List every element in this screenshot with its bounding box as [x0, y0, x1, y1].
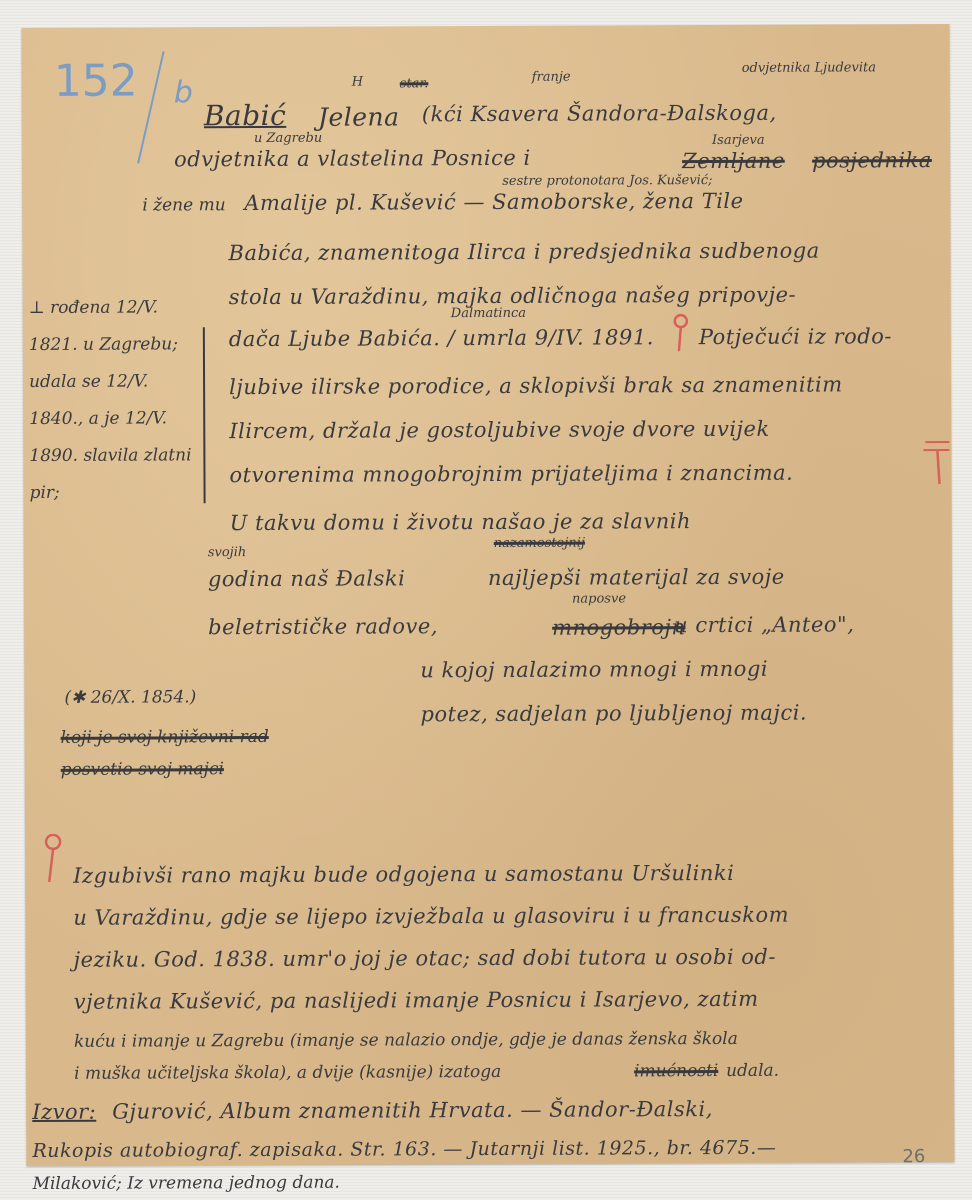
source-line: Gjurović, Album znamenitih Hrvata. — Šan… [112, 1097, 713, 1124]
header-line-6: dača Ljube Babića. / umrla 9/IV. 1891. [229, 325, 654, 351]
header-line-10: U takvu domu i životu našao je za slavni… [230, 509, 691, 535]
header-line-13: u kojoj nalazimo mnogi i mnogi [420, 657, 768, 683]
page-number: 26 [902, 1146, 925, 1167]
margin-line: 1890. slavila zlatni [29, 437, 191, 475]
body-line: jeziku. God. 1838. umr'o joj je otac; sa… [74, 945, 776, 972]
body-struck-word: imućnosti [634, 1061, 718, 1081]
red-insertion-mark-icon [671, 313, 691, 353]
surname-text: Babić [204, 99, 286, 132]
header-line-2: odvjetnika a vlastelina Posnice i [174, 146, 531, 172]
margin-line: 1821. u Zagrebu; [29, 326, 191, 364]
insert-dalmatinca: Dalmatinca [451, 306, 526, 321]
margin-divider [203, 327, 206, 503]
struck-word: Zemljane [682, 149, 785, 173]
header-line-12-cont: u crtici „Anteo", [674, 612, 854, 637]
body-line: vjetnika Kušević, pa naslijedi imanje Po… [74, 987, 759, 1014]
header-line-6-cont: Potječući iz rodo- [699, 324, 892, 349]
margin-line: pir; [29, 474, 191, 512]
header-line-12: beletrističke radove, [208, 614, 438, 639]
entry-given-name: Jelena [318, 102, 400, 131]
header-line-3: Amalije pl. Kušević — Samoborske, žena T… [244, 189, 743, 215]
body-line: Izgubivši rano majku bude odgojena u sam… [73, 861, 734, 888]
margin-note: ⊥ rođena 12/V. 1821. u Zagrebu; udala se… [29, 289, 192, 512]
header-line-11: godina naš Đalski [208, 566, 405, 591]
header-line-1: (kći Ksavera Šandora-Đalskoga, [422, 101, 777, 127]
source-line: Milaković; Iz vremena jednog dana. [33, 1173, 340, 1194]
margin-line: ⊥ rođena 12/V. [29, 289, 191, 327]
archival-card: 152 b H star. franje odvjetnika Ljudevit… [22, 24, 955, 1166]
red-paragraph-mark-icon [43, 834, 63, 884]
source-line: Rukopis autobiograf. zapisaka. Str. 163.… [32, 1137, 776, 1162]
insert-svojih: svojih [208, 545, 246, 560]
aside-struck-2: posvetio svoj majci [61, 759, 224, 780]
margin-line: udala se 12/V. [29, 363, 191, 401]
aside-struck-1: koji je svoj književni rad [61, 727, 269, 748]
struck-insert: nazamostojnij [494, 536, 585, 551]
insert-zagreba: u Zagrebu [254, 131, 322, 146]
line-3-prefix: i žene mu [142, 195, 225, 215]
struck-word-2: posjednika [812, 148, 932, 173]
catalog-slash-icon [132, 47, 173, 167]
insert-naposve: naposve [572, 591, 626, 606]
header-line-11-cont: najljepši materijal za svoje [488, 565, 785, 590]
insert-isarjeva: Isarjeva [712, 133, 765, 148]
catalog-number: 152 [54, 56, 138, 107]
red-t-mark-icon [923, 436, 951, 486]
margin-line: 1840., a je 12/V. [29, 400, 191, 438]
body-line: u Varaždinu, gdje se lijepo izvježbala u… [73, 903, 789, 930]
body-line-end: udala. [726, 1061, 779, 1081]
body-line: i muška učiteljska škola), a dvije (kasn… [74, 1062, 501, 1084]
insert-top-right: odvjetnika Ljudevita [742, 60, 876, 76]
header-line-9: otvorenima mnogobrojnim prijateljima i z… [229, 461, 793, 487]
struck-word-3: mnogobrojn [552, 615, 685, 640]
insert-sestre: sestre protonotara Jos. Kušević; [502, 173, 712, 189]
header-line-14: potez, sadjelan po ljubljenoj majci. [420, 701, 807, 727]
header-line-7: ljubive ilirske porodice, a sklopivši br… [229, 372, 843, 399]
struck-note: star. [400, 76, 429, 91]
entry-surname: Babić [204, 99, 286, 132]
body-line: kuću i imanje u Zagrebu (imanje se nalaz… [74, 1029, 738, 1052]
header-line-8: Ilircem, držala je gostoljubive svoje dv… [229, 417, 770, 443]
aside-date: (✱ 26/X. 1854.) [64, 687, 196, 708]
catalog-suffix: b [174, 75, 193, 110]
insert-franje: franje [532, 70, 571, 85]
above-given-name: H [352, 75, 363, 90]
header-line-4: Babića, znamenitoga Ilirca i predsjednik… [228, 239, 819, 266]
sources-label: Izvor: [32, 1100, 96, 1124]
